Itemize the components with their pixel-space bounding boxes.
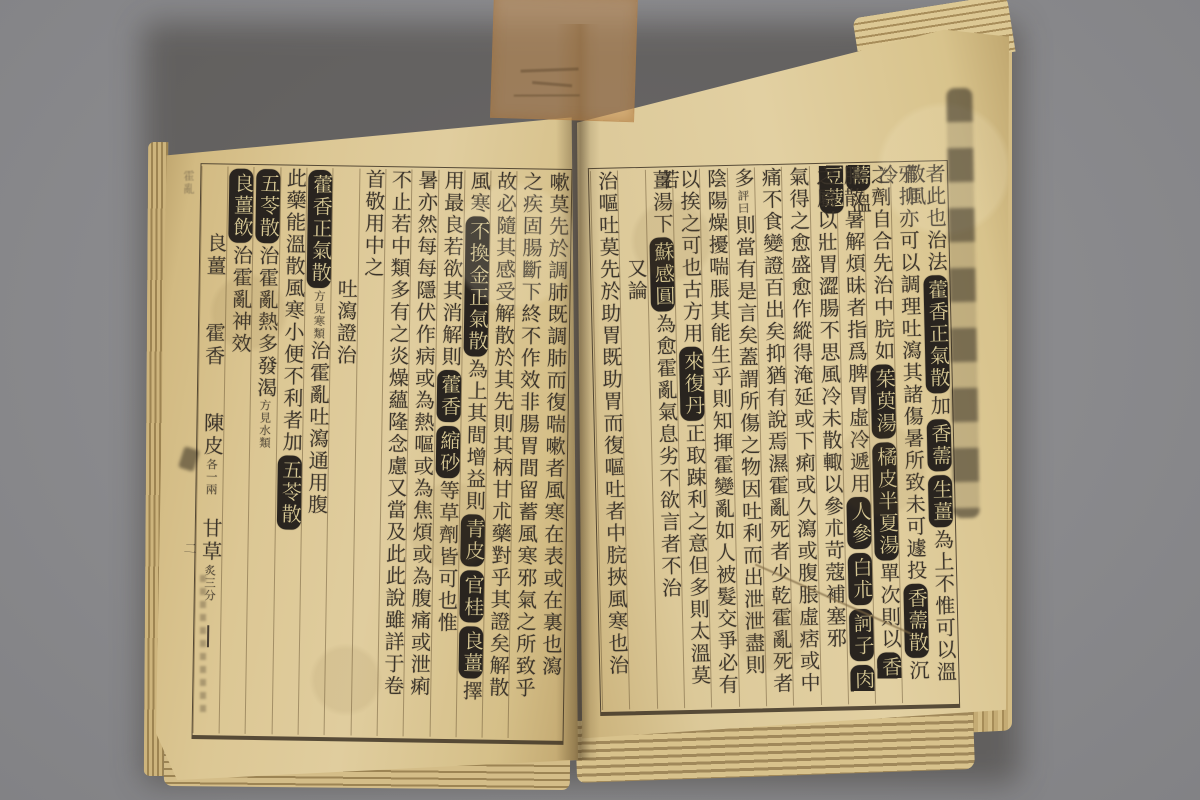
right-page: 者此也治法藿香正氣散加香薷生薑為上不惟可以溫散風邪抑亦可以調理吐瀉其諸傷暑所致未… xyxy=(577,26,1009,742)
formula-cartouche: 香薷散 xyxy=(903,584,929,659)
formula-cartouche: 茱萸湯 xyxy=(871,364,897,439)
text-run: 以挨之可也古方用 xyxy=(676,169,702,345)
text-run: 吐瀉證治 xyxy=(333,278,356,366)
formula-cartouche: 五苓散 xyxy=(277,455,302,529)
text-run: 又論 xyxy=(624,258,647,302)
leaf-number: 二 xyxy=(183,537,198,557)
text-run: 加 xyxy=(927,395,949,417)
text-run: 嗽莫先於調肺既調肺而復喘嗽者風寒在表或在裏也瀉 xyxy=(539,172,569,678)
formula-cartouche: 白朮 xyxy=(848,553,873,606)
small-annotation: 方見水類 xyxy=(258,399,271,449)
text-run: 多 xyxy=(731,167,753,189)
fold-section-label: 霍亂 xyxy=(180,170,196,196)
text-run: 此藥能溫散風寒小便不利者加 xyxy=(279,167,305,453)
left-page-columns: 嗽莫先於調肺既調肺而復喘嗽者風寒在表或在裏也瀉之疾固腸斷下終不作效非腸胃間留蓄風… xyxy=(195,166,570,739)
formula-cartouche: 不換金正氣散 xyxy=(464,216,490,356)
small-annotation: 各一兩 xyxy=(204,458,217,496)
text-run: 治霍亂吐瀉通用腹 xyxy=(304,340,329,516)
text-run: 單次則以 xyxy=(876,562,900,650)
text-run: 者此也治法 xyxy=(922,163,946,273)
drug-name: 良薑 xyxy=(203,232,226,278)
right-page-text-block: 者此也治法藿香正氣散加香薷生薑為上不惟可以溫散風邪抑亦可以調理吐瀉其諸傷暑所致未… xyxy=(588,160,960,716)
filler-bar xyxy=(207,625,210,647)
drug-name: 陳皮 xyxy=(200,412,223,458)
small-annotation: 方見寒類 xyxy=(312,290,325,340)
formula-cartouche: 來復丹 xyxy=(679,347,705,422)
text-run: 之劑自合先治中脘如 xyxy=(867,164,893,362)
formula-cartouche: 蘇感圓 xyxy=(649,237,675,312)
drug-name: 霍香 xyxy=(201,322,224,368)
formula-cartouche: 五苓散 xyxy=(255,169,280,243)
tape-writing-mark xyxy=(532,81,572,87)
drug-name: 甘草 xyxy=(198,518,221,564)
formula-cartouche: 青皮 xyxy=(460,514,485,566)
left-page-text-block: 嗽莫先於調肺既調肺而復喘嗽者風寒在表或在裏也瀉之疾固腸斷下終不作效非腸胃間留蓄風… xyxy=(191,163,572,745)
formula-cartouche: 官桂 xyxy=(459,570,484,622)
formula-cartouche: 香薷 xyxy=(927,419,952,472)
text-run: 首敬用中之 xyxy=(361,169,385,279)
tape-writing-mark xyxy=(514,94,580,96)
small-annotation: 評曰 xyxy=(736,190,749,215)
text-run: 治霍亂神效 xyxy=(228,245,252,355)
formula-cartouche: 良薑 xyxy=(459,626,484,678)
column-gap xyxy=(212,368,213,412)
text-run: 等草劑皆可也惟 xyxy=(434,480,458,634)
text-run: 風寒 xyxy=(467,170,490,214)
formula-cartouche: 生薑 xyxy=(928,475,953,528)
text-run: 治霍亂熱多發渴 xyxy=(254,245,278,399)
text-run: 薑湯下 xyxy=(649,169,672,235)
tape-writing-mark xyxy=(521,67,579,72)
formula-cartouche: 藿香正氣散 xyxy=(923,275,950,394)
text-run: 用最良若欲其消解則 xyxy=(438,170,463,368)
formula-cartouche: 藿香正氣散 xyxy=(307,170,333,288)
formula-cartouche: 縮砂 xyxy=(435,426,460,478)
formula-cartouche: 橘皮半夏湯 xyxy=(873,442,900,561)
formula-cartouche: 藿香 xyxy=(436,370,461,422)
left-page: 嗽莫先於調肺既調肺而復喘嗽者風寒在表或在裏也瀉之疾固腸斷下終不作效非腸胃間留蓄風… xyxy=(156,112,578,780)
formula-cartouche: 良薑飲 xyxy=(229,169,254,243)
text-run: 擇 xyxy=(459,680,481,702)
formula-cartouche: 人參 xyxy=(846,497,871,550)
photo-background: { "photo": { "background_color": "#8a8a8… xyxy=(0,0,1200,800)
fold-micro-text xyxy=(200,575,206,713)
text-run: 為上其間增益則 xyxy=(462,358,486,512)
column-gap xyxy=(213,278,214,322)
tape xyxy=(490,0,638,122)
